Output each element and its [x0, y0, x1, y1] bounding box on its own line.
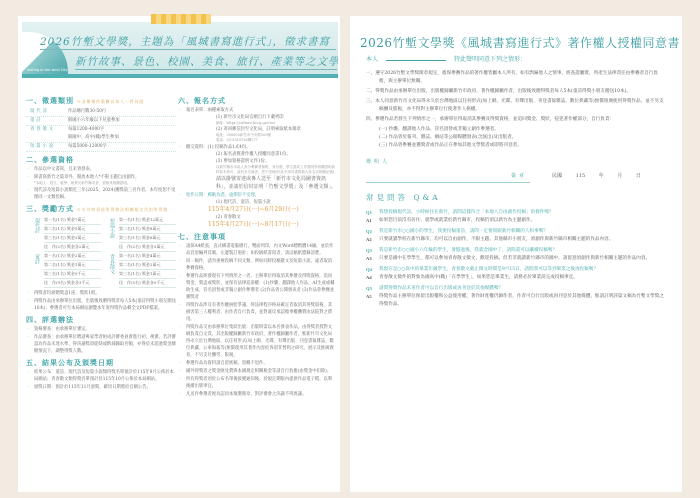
notice-item: 得獎作品涉及有著作權糾紛爭議，經法律程序終局確定者取消其得獎資格，其損害第三人權… [178, 302, 336, 323]
left-column: 一、徵選類別※各類徵件篇數以每人一件為限 現代詩作品總行數30-50行 童詩限國… [26, 93, 176, 392]
consent-body: 本人特此聲明同意下列之情形： 一、遵守2026竹塹文學獎簡章規定，擔保參賽作品的… [366, 56, 666, 312]
award-note: 得獎者均頒贈獎盃1座、獎狀1紙。 [26, 290, 176, 297]
answer: A1如果您目前沒有居住、就學或就業於新竹縣市，投稿仍須以新竹為主題創作。 [366, 217, 666, 225]
notice-item: 凡送件參選者視為認同本徵選簡章，對評審會之決議不得異議。 [178, 391, 336, 398]
clause: 二、得獎作品由承辦單位出版，出版權歸屬新竹市政府，著作權歸屬作者，出版後致贈得獎… [366, 88, 666, 96]
question: Q5請問得獎作品未來作者可以自行出版或再刊登於其他媒體嗎？ [366, 285, 666, 293]
consent-title: 2026竹塹文學獎《風城書寫進行式》著作權人授權同意書 [360, 34, 680, 51]
clause: 三、本人同意新竹市文化局得永久於台灣地區以任何形式(如上網、光碟、有聲出版、刊登… [366, 98, 666, 114]
result-item: 頒獎日期：預計於115年11月頒獎，確切日期將於官網公告。 [26, 384, 176, 391]
eligibility-item: 現代詩及短篇小說類近三年(2025、2024)獲獎前三名作者，本年度恕不受理同一… [26, 187, 176, 201]
category-row: 童詩限國小六年級以下兒童參加 [26, 117, 176, 126]
award-table: 現代詩第一名(1名) 獎金7萬元 短篇小說第一名(1名) 獎金12萬元 第二名(… [30, 216, 176, 288]
judging-item: 作品審查：由承辦單位聘請專家學者組成評審委員會進行初、複審。若評審認為作品未達水… [26, 334, 176, 355]
section-4-heading: 四、評選辦法 [26, 316, 176, 323]
notice-item: 參選作品經發現有下列情形之一者，主辦單位得取消其參選及得獎資格，追回獎金、獎盃或… [178, 273, 336, 301]
eligibility-item: 除書寫新竹之篇章外，開放本地人*不限主題自由創作。*本地人：居住、就學、就業於新… [26, 174, 176, 186]
signer-label: 聲明人 [366, 158, 390, 166]
middle-column: 六、報名方式 報名表單：兩種索取方式 (1) 新竹市文化局官網自行下載列印 網址… [178, 93, 336, 399]
section-1-heading: 一、徵選類別※各類徵件篇數以每人一件為限 [26, 97, 176, 105]
qa-list: Q1我想投稿現代詩，小時候住在新竹，請問這樣符合「本地人自由創作投稿」的條件嗎？… [366, 209, 666, 309]
eligibility-item: 作品以中文書寫，且未曾發表。 [26, 166, 176, 173]
section-5-heading: 五、結果公布及頒獎日期 [26, 359, 176, 366]
qa-heading: 常見問答 Q&A [366, 194, 666, 202]
clause: 一、遵守2026竹塹文學獎簡章規定，擔保參賽作品的著作權皆屬本人所有，如有剽竊他… [366, 70, 666, 86]
washi-tape-decoration [151, 14, 211, 24]
banner-line-2: 新竹故事、景色、校園、美食、旅行、產業等之文學作品 [75, 54, 337, 70]
question: Q1我想投稿現代詩，小時候住在新竹，請問這樣符合「本地人自由創作投稿」的條件嗎？ [366, 209, 666, 217]
subclause: (一) 抄襲、翻譯他人作品、冒名頂替或非獨立創作參選者。 [366, 126, 666, 134]
notice-item: 同一稿件，請勿重複投稿不同文類，例如同時投稿散文及短篇小說，違者取消參賽資格。 [178, 258, 336, 272]
seal-label: 簽章 [511, 172, 527, 180]
deadline-info: 收件日期：郵戳為憑，逾期恕不受理。 (1) 現代詩、童詩、短篇小說 115年4月… [178, 192, 336, 229]
section-6-heading: 六、報名方式 [178, 97, 336, 104]
name-blank-field[interactable] [386, 60, 446, 61]
answer: A2只要就讀學校在新竹縣市，均可以自由創作，不限主題。其他縣市小朋友，須創作與新… [366, 236, 666, 244]
section-3-heading: 三、獎勵方式※支付時須依所得稅法相關規定代扣所得稅 [26, 205, 176, 213]
category-row: 青春散文每篇1200-4000字限國中、高中(職)學生參加 [26, 126, 176, 143]
answer: A5得獎作品主辦單位保留出版權和公益使用權，著作財產權仍歸作者，作者可自行出版或… [366, 293, 666, 309]
date-label: 民國 115 年 月 日 [552, 172, 641, 180]
signature-field[interactable] [366, 182, 530, 183]
left-page: writing in the wind City 2026竹塹文學獎，主題為「風… [18, 16, 340, 492]
notice-item: 國外得獎者之獎金匯兌費與本國規定相關稅金等請自行負擔(由獎金中扣除)。 [178, 368, 336, 375]
question: Q3我是新竹市○○國小六年級的學生，暑假過後，我就念國中了，請問還可以繼續投稿嗎… [366, 247, 666, 255]
declarant-line: 本人特此聲明同意下列之情形： [366, 56, 666, 64]
answer: A3只要是國中在學學生，都可以參加青春散文徵文，歡迎投稿。但若非就讀新竹縣市的國… [366, 255, 666, 263]
result-item: 結果公布：童詩、現代詩及短篇小說類得獎名單預計於115年9月公佈於本局網站；青春… [26, 369, 176, 383]
deadline-date-1: 115年4月27日(一)~6月29日(一) [186, 206, 336, 214]
right-page: 2026竹塹文學獎《風城書寫進行式》著作權人授權同意書 本人特此聲明同意下列之情… [350, 16, 682, 492]
submission-info: 繳交資料：(1) 投稿作品1式4份。 (2) 報名表暨著作權人授權同意書1份。 … [178, 144, 336, 191]
question: Q4我現在是○○高中的畢業年級學生，青春散文截止徵文時間是9月15日，請問我可以… [366, 266, 666, 274]
notice-item: 請採A4紙張，直式橫書電腦繕打，雙面列印，內文Word標楷體14級，並於作品頁眉… [178, 243, 336, 257]
notice-item: 參選作品為資料請自留底稿，恕概不退件。 [178, 360, 336, 367]
clause: 四、參選作品若發生下列情形之一，承辦單位得取消其參賽及得獎資格，並追回獎金、獎狀… [366, 116, 666, 124]
award-note: 得獎作品由承辦單位出版，出版後致贈得獎者每人5本(童詩得獎小朋友贈送10本)；參… [26, 298, 176, 312]
subclause: (二) 作品曾於報刊、雜誌、網站等公開媒體發表(含演出)及出版者。 [366, 134, 666, 142]
section-2-heading: 二、參選資格 [26, 156, 176, 163]
theme-banner: writing in the wind City 2026竹塹文學獎，主題為「風… [22, 22, 338, 78]
notice-item: 得獎作品交由承辦單位集結出版：出版時需以本名發表作品，由得獎者授對文稿負責自文責… [178, 324, 336, 359]
notice-item: 所有得獎者須於公布名單後接獲通知後，於規定期限內提供作品電子檔，以利後續出版事宜… [178, 376, 336, 390]
section-7-heading: 七、注意事項 [178, 233, 336, 240]
banner-tag: writing in the wind City [27, 68, 68, 72]
category-row: 短篇小說每篇5000-12000字 [26, 143, 176, 152]
subclause: (三) 作品曾參賽並獲獎者或作品正在參加其他文學獎者或即將刊登者。 [366, 142, 666, 150]
form-info: 報名表單：兩種索取方式 (1) 新竹市文化局官網自行下載列印 網址：https:… [178, 107, 336, 143]
signature-block: 聲明人 簽章 民國 115 年 月 日 [366, 158, 666, 192]
judging-item: 資格審查：由承辦單位審定。 [26, 326, 176, 333]
banner-line-1: 2026竹塹文學獎，主題為「風城書寫進行式」，徵求書寫 [40, 34, 336, 50]
deadline-date-2: 115年4月27日(一)~8月17日(一) [186, 221, 336, 229]
answer: A4青春散文徵件的對象為國高中(職)「在學學生」，如果您是畢業生，請務必於畢業前… [366, 274, 666, 282]
category-row: 現代詩作品總行數30-50行 [26, 108, 176, 117]
question: Q2我是新竹市○○國小的學生，我要投稿童詩，請問一定要寫跟新竹相關的人和事嗎？ [366, 228, 666, 236]
